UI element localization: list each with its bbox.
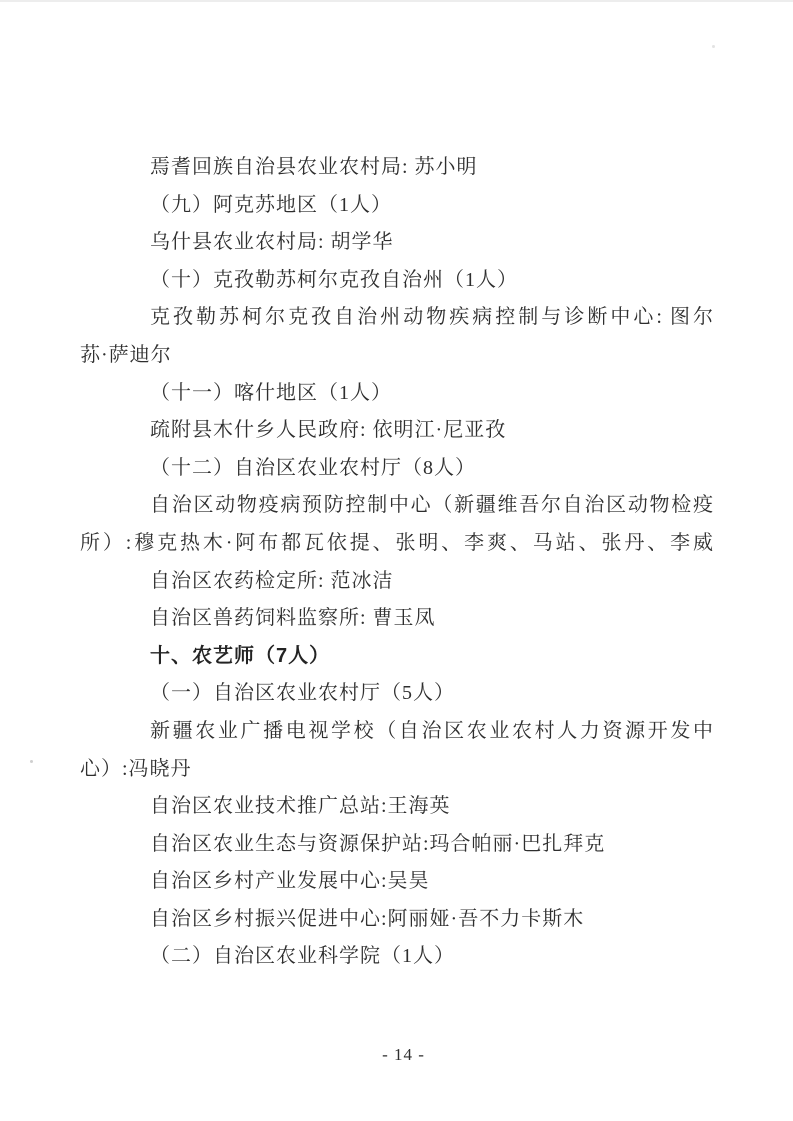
- text-line: 疏附县木什乡人民政府: 依明江·尼亚孜: [80, 412, 713, 450]
- section-heading: 十、农艺师（7人）: [80, 638, 713, 676]
- text-line: 自治区农业技术推广总站:王海英: [80, 788, 713, 826]
- text-line: 荪·萨迪尔: [80, 337, 713, 375]
- text-line: 克孜勒苏柯尔克孜自治州动物疾病控制与诊断中心: 图尔: [80, 299, 713, 337]
- text-line: 所）:穆克热木·阿布都瓦依提、张明、李爽、马站、张丹、李威: [80, 525, 713, 563]
- document-page: 焉耆回族自治县农业农村局: 苏小明（九）阿克苏地区（1人）乌什县农业农村局: 胡…: [0, 0, 793, 1121]
- text-line: 自治区乡村振兴促进中心:阿丽娅·吾不力卡斯木: [80, 901, 713, 939]
- text-line: 自治区农业生态与资源保护站:玛合帕丽·巴扎拜克: [80, 826, 713, 864]
- scan-speck-artifact: [712, 45, 715, 48]
- scan-edge-artifact: [0, 0, 793, 2]
- text-line: （十）克孜勒苏柯尔克孜自治州（1人）: [80, 262, 713, 300]
- document-body: 焉耆回族自治县农业农村局: 苏小明（九）阿克苏地区（1人）乌什县农业农村局: 胡…: [80, 149, 713, 976]
- text-line: （二）自治区农业科学院（1人）: [80, 938, 713, 976]
- text-line: （十一）喀什地区（1人）: [80, 375, 713, 413]
- text-line: （十二）自治区农业农村厅（8人）: [80, 450, 713, 488]
- text-line: 自治区乡村产业发展中心:吴昊: [80, 863, 713, 901]
- text-line: （九）阿克苏地区（1人）: [80, 187, 713, 225]
- scan-speck-artifact: [30, 760, 33, 763]
- text-line: 自治区兽药饲料监察所: 曹玉凤: [80, 600, 713, 638]
- text-line: 乌什县农业农村局: 胡学华: [80, 224, 713, 262]
- page-number: - 14 -: [0, 1045, 793, 1065]
- text-line: 自治区动物疫病预防控制中心（新疆维吾尔自治区动物检疫: [80, 487, 713, 525]
- text-line: 心）:冯晓丹: [80, 751, 713, 789]
- text-line: 新疆农业广播电视学校（自治区农业农村人力资源开发中: [80, 713, 713, 751]
- text-line: 自治区农药检定所: 范冰洁: [80, 563, 713, 601]
- text-line: 焉耆回族自治县农业农村局: 苏小明: [80, 149, 713, 187]
- text-line: （一）自治区农业农村厅（5人）: [80, 675, 713, 713]
